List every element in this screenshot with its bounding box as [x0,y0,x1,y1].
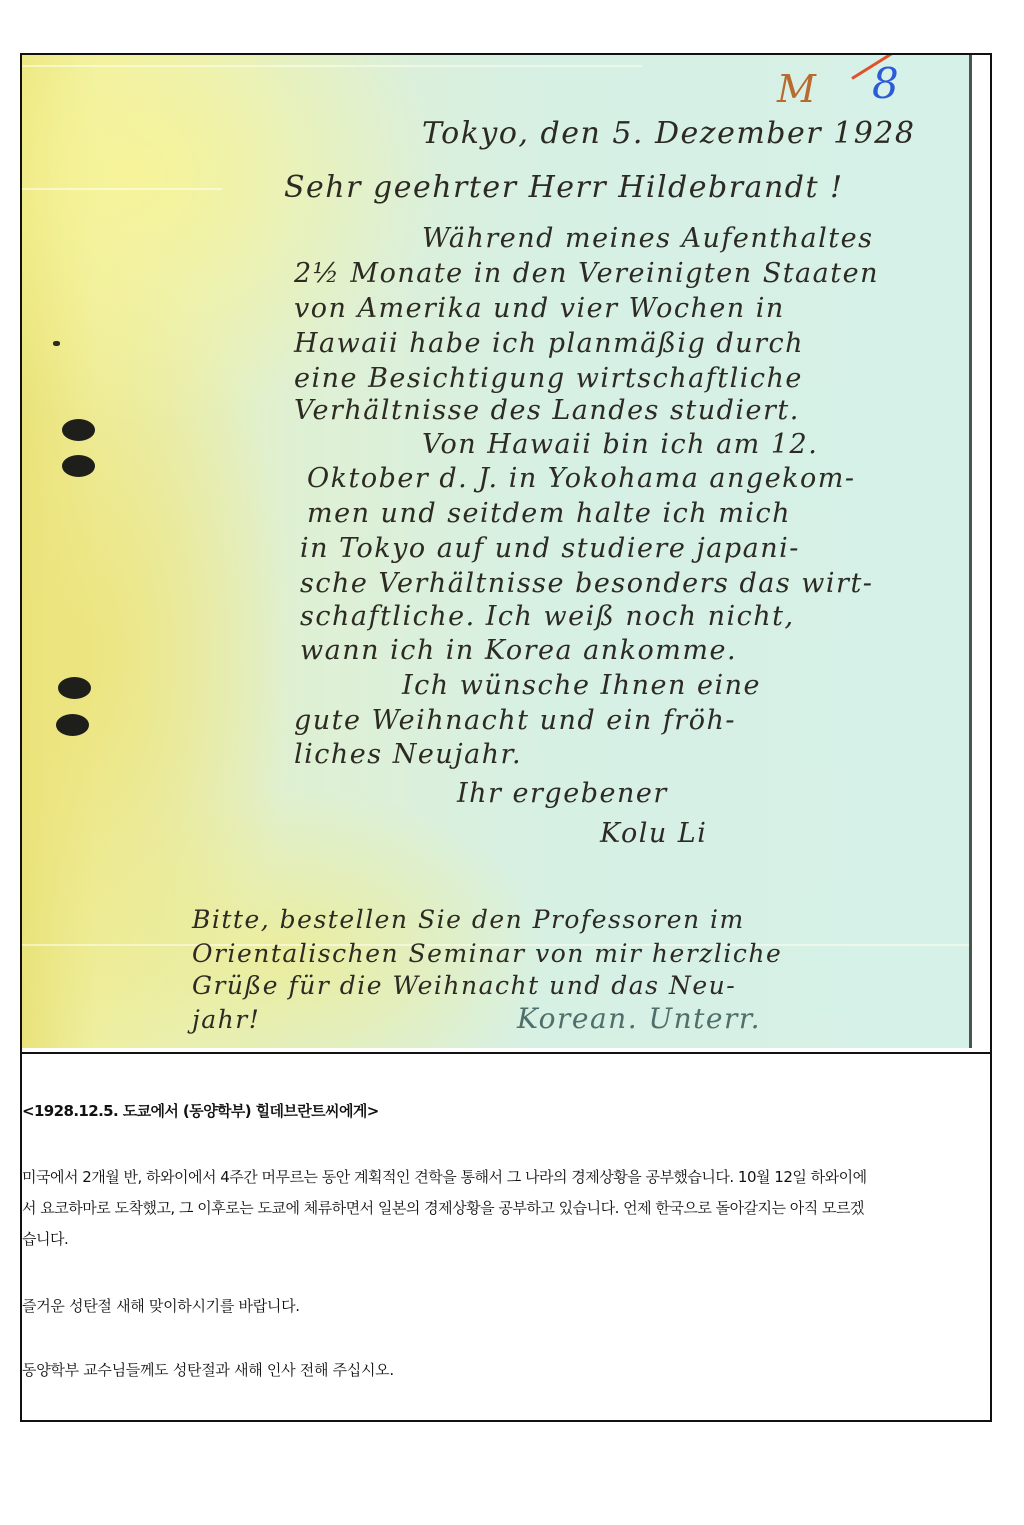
letter-line: wann ich in Korea ankomme. [300,637,737,664]
letter-line: Während meines Aufenthaltes [422,225,873,252]
letter-postscript-line: Bitte, bestellen Sie den Professoren im [192,907,745,932]
letter-postscript-line: Grüße für die Weihnacht und das Neu- [192,973,736,998]
letter-postscript-line: jahr! [192,1007,260,1032]
translation-cell: <1928.12.5. 도쿄에서 (동양학부) 힐데브란트씨에게> 미국에서 2… [22,1054,990,1420]
archive-mark-m: M [777,67,816,111]
ink-speck [53,341,60,346]
translation-paragraph-3: 동양학부 교수님들께도 성탄절과 새해 인사 전해 주십시오. [22,1359,394,1380]
letter-line: liches Neujahr. [294,741,522,768]
letter-line: sche Verhältnisse besonders das wirt- [300,570,873,597]
translation-caption: <1928.12.5. 도쿄에서 (동양학부) 힐데브란트씨에게> [22,1100,379,1121]
letter-line: Oktober d. J. in Yokohama angekom- [307,465,856,492]
punch-hole-icon [56,714,89,736]
paragraph-line: 미국에서 2개월 반, 하와이에서 4주간 머무르는 동안 계획적인 견학을 통… [22,1162,992,1193]
document-table: M 8 Tokyo, den 5. Dezember 1928 Sehr gee… [20,53,992,1422]
paragraph-line: 습니다. [22,1224,992,1255]
letter-line: Von Hawaii bin ich am 12. [422,431,818,458]
punch-hole-icon [58,677,91,699]
letter-salutation: Sehr geehrter Herr Hildebrandt ! [284,173,844,203]
letter-line: von Amerika und vier Wochen in [294,295,785,322]
fold-line [22,65,642,67]
letter-image-cell: M 8 Tokyo, den 5. Dezember 1928 Sehr gee… [22,55,990,1054]
punch-hole-icon [62,419,95,441]
letter-closing: Ihr ergebener [457,780,668,807]
letter-line: Ich wünsche Ihnen eine [402,672,761,699]
letter-line: in Tokyo auf und studiere japani- [300,535,800,562]
archive-mark-number: 8 [872,59,899,108]
translation-paragraph-2: 즐거운 성탄절 새해 맞이하시기를 바랍니다. [22,1295,300,1316]
letter-line: Hawaii habe ich planmäßig durch [294,330,804,357]
punch-hole-icon [62,455,95,477]
paragraph-line: 서 요코하마로 도착했고, 그 이후로는 도쿄에 체류하면서 일본의 경제상황을… [22,1193,992,1224]
letter-postscript-line: Orientalischen Seminar von mir herzliche [192,941,782,966]
fold-line [22,188,222,190]
letter-line: 2½ Monate in den Vereinigten Staaten [294,260,879,287]
letter-line: gute Weihnacht und ein fröh- [294,707,736,734]
translation-paragraph-1: 미국에서 2개월 반, 하와이에서 4주간 머무르는 동안 계획적인 견학을 통… [22,1162,992,1255]
letter-line: Verhältnisse des Landes studiert. [294,397,800,424]
letter-signature: Kolu Li [600,820,707,847]
letter-archive-note: Korean. Unterr. [517,1005,761,1033]
letter-dateline: Tokyo, den 5. Dezember 1928 [422,119,915,149]
letter-line: men und seitdem halte ich mich [307,500,791,527]
letter-line: schaftliche. Ich weiß noch nicht, [300,603,795,630]
letter-scan-image: M 8 Tokyo, den 5. Dezember 1928 Sehr gee… [22,55,972,1048]
letter-line: eine Besichtigung wirtschaftliche [294,365,803,392]
